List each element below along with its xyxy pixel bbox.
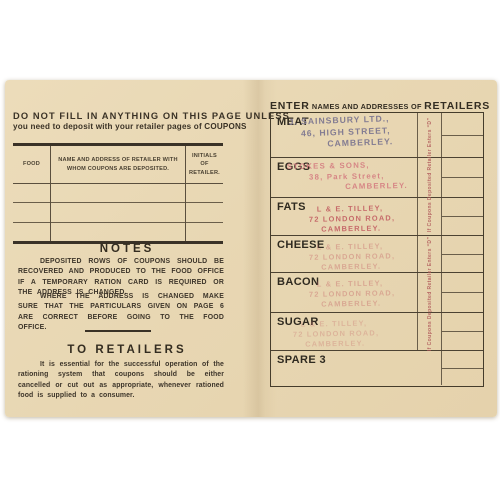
cheese-retailer-cell: CHEESE L & E. TILLEY, 72 LONDON ROAD, CA…	[271, 236, 418, 272]
office-use-sub-cell	[442, 313, 483, 332]
left-page: DO NOT FILL IN ANYTHING ON THIS PAGE UNL…	[5, 80, 250, 417]
tilley-stamp: L & E. TILLEY, 72 LONDON ROAD, CAMBERLEY…	[317, 241, 396, 272]
row-bacon: BACON L & E. TILLEY, 72 LONDON ROAD, CAM…	[271, 273, 483, 313]
table-row	[186, 203, 223, 222]
office-use-sub-cell	[442, 158, 483, 178]
table-row	[186, 184, 223, 203]
left-page-title: DO NOT FILL IN ANYTHING ON THIS PAGE UNL…	[13, 111, 241, 131]
office-use-sub-cell	[442, 273, 483, 293]
spare-retailer-cell: SPARE 3	[271, 351, 442, 385]
ration-card: DO NOT FILL IN ANYTHING ON THIS PAGE UNL…	[5, 80, 497, 417]
right-page: ENTER NAMES AND ADDRESSES OF RETAILERS M…	[250, 80, 497, 417]
deposit-table-col-initials: INITIALS OF RETAILER.	[186, 146, 223, 241]
office-use-cells	[442, 198, 483, 235]
stokes-stamp: STOKES & SONS, 38, Park Street, CAMBERLE…	[287, 160, 408, 194]
food-label-bacon: BACON	[277, 276, 319, 288]
office-use-sub-cell	[442, 293, 483, 312]
office-use-cells	[442, 273, 483, 312]
table-row	[13, 203, 50, 222]
table-row	[13, 184, 50, 203]
row-spare-3: SPARE 3	[271, 351, 483, 385]
office-use-sub-cell	[442, 217, 483, 235]
header-middle: NAMES AND ADDRESSES OF	[310, 102, 425, 111]
food-label-fats: FATS	[277, 201, 306, 213]
food-label-spare-3: SPARE 3	[277, 354, 326, 366]
sugar-retailer-cell: SUGAR L & E. TILLEY, 72 LONDON ROAD, CAM…	[271, 313, 418, 350]
table-row	[51, 184, 185, 203]
deposit-margin-note: If Coupons Deposited Retailer Enters “D”	[418, 236, 442, 351]
stamp-line: CAMBERLEY.	[327, 136, 393, 150]
deposit-table-col-food: FOOD	[13, 146, 50, 241]
tilley-stamp: L & E. TILLEY, 72 LONDON ROAD, CAMBERLEY…	[317, 278, 396, 309]
office-use-sub-cell	[442, 113, 483, 136]
office-use-cells	[442, 351, 483, 385]
left-title-line2: you need to deposit with your retailer p…	[13, 122, 241, 131]
retailers-table: MEAT J. SAINSBURY LTD., 46, HIGH STREET,…	[270, 112, 484, 387]
row-eggs: EGGS STOKES & SONS, 38, Park Street, CAM…	[271, 158, 483, 198]
office-use-sub-cell	[442, 136, 483, 158]
tilley-stamp: L & E. TILLEY, 72 LONDON ROAD, CAMBERLEY…	[301, 318, 380, 349]
tilley-stamp: L & E. TILLEY, 72 LONDON ROAD, CAMBERLEY…	[317, 203, 396, 234]
stamp-line: CAMBERLEY.	[321, 223, 395, 234]
table-row	[13, 223, 50, 241]
col-header-initials: INITIALS OF RETAILER.	[186, 146, 223, 184]
left-title-line1: DO NOT FILL IN ANYTHING ON THIS PAGE UNL…	[13, 111, 241, 121]
office-use-sub-cell	[442, 236, 483, 255]
section-divider	[85, 330, 151, 332]
table-row	[51, 203, 185, 222]
sainsbury-stamp: J. SAINSBURY LTD., 46, HIGH STREET, CAMB…	[288, 113, 393, 151]
to-retailers-title: TO RETAILERS	[13, 344, 241, 356]
header-word-retailers: RETAILERS	[424, 100, 490, 112]
office-use-sub-cell	[442, 351, 483, 369]
to-retailers-paragraph: It is essential for the successful opera…	[18, 360, 224, 402]
ration-book-scan: DO NOT FILL IN ANYTHING ON THIS PAGE UNL…	[0, 0, 500, 500]
meat-retailer-cell: MEAT J. SAINSBURY LTD., 46, HIGH STREET,…	[271, 113, 418, 157]
col-header-food: FOOD	[13, 146, 50, 184]
office-use-cells	[442, 313, 483, 350]
office-use-cells	[442, 113, 483, 157]
col-header-retailer: NAME AND ADDRESS OF RETAILER WITH WHOM C…	[51, 146, 185, 184]
notes-paragraph-2: WHERE THE ADDRESS IS CHANGED MAKE SURE T…	[18, 292, 224, 334]
table-row	[51, 223, 185, 241]
office-use-sub-cell	[442, 178, 483, 197]
row-sugar: SUGAR L & E. TILLEY, 72 LONDON ROAD, CAM…	[271, 313, 483, 351]
stamp-line: CAMBERLEY.	[345, 181, 408, 193]
deposit-table-col-retailer: NAME AND ADDRESS OF RETAILER WITH WHOM C…	[50, 146, 186, 241]
header-word-enter: ENTER	[270, 100, 310, 112]
office-use-sub-cell	[442, 255, 483, 273]
office-use-sub-cell	[442, 332, 483, 350]
deposit-margin-note: If Coupons Deposited Retailer Enters “D”	[418, 113, 442, 236]
stamp-line: CAMBERLEY.	[305, 338, 379, 349]
row-fats: FATS L & E. TILLEY, 72 LONDON ROAD, CAMB…	[271, 198, 483, 236]
table-row	[186, 223, 223, 241]
notes-title: NOTES	[13, 243, 241, 255]
office-use-sub-cell	[442, 369, 483, 386]
row-meat: MEAT J. SAINSBURY LTD., 46, HIGH STREET,…	[271, 113, 483, 158]
eggs-retailer-cell: EGGS STOKES & SONS, 38, Park Street, CAM…	[271, 158, 418, 197]
bacon-retailer-cell: BACON L & E. TILLEY, 72 LONDON ROAD, CAM…	[271, 273, 418, 312]
fats-retailer-cell: FATS L & E. TILLEY, 72 LONDON ROAD, CAMB…	[271, 198, 418, 235]
office-use-cells	[442, 236, 483, 272]
office-use-sub-cell	[442, 198, 483, 217]
stamp-line: CAMBERLEY.	[321, 298, 395, 309]
row-cheese: CHEESE L & E. TILLEY, 72 LONDON ROAD, CA…	[271, 236, 483, 273]
deposit-table: FOOD NAME AND ADDRESS OF RETAILER WITH W…	[13, 143, 223, 244]
office-use-cells	[442, 158, 483, 197]
stamp-line: CAMBERLEY.	[321, 261, 395, 272]
